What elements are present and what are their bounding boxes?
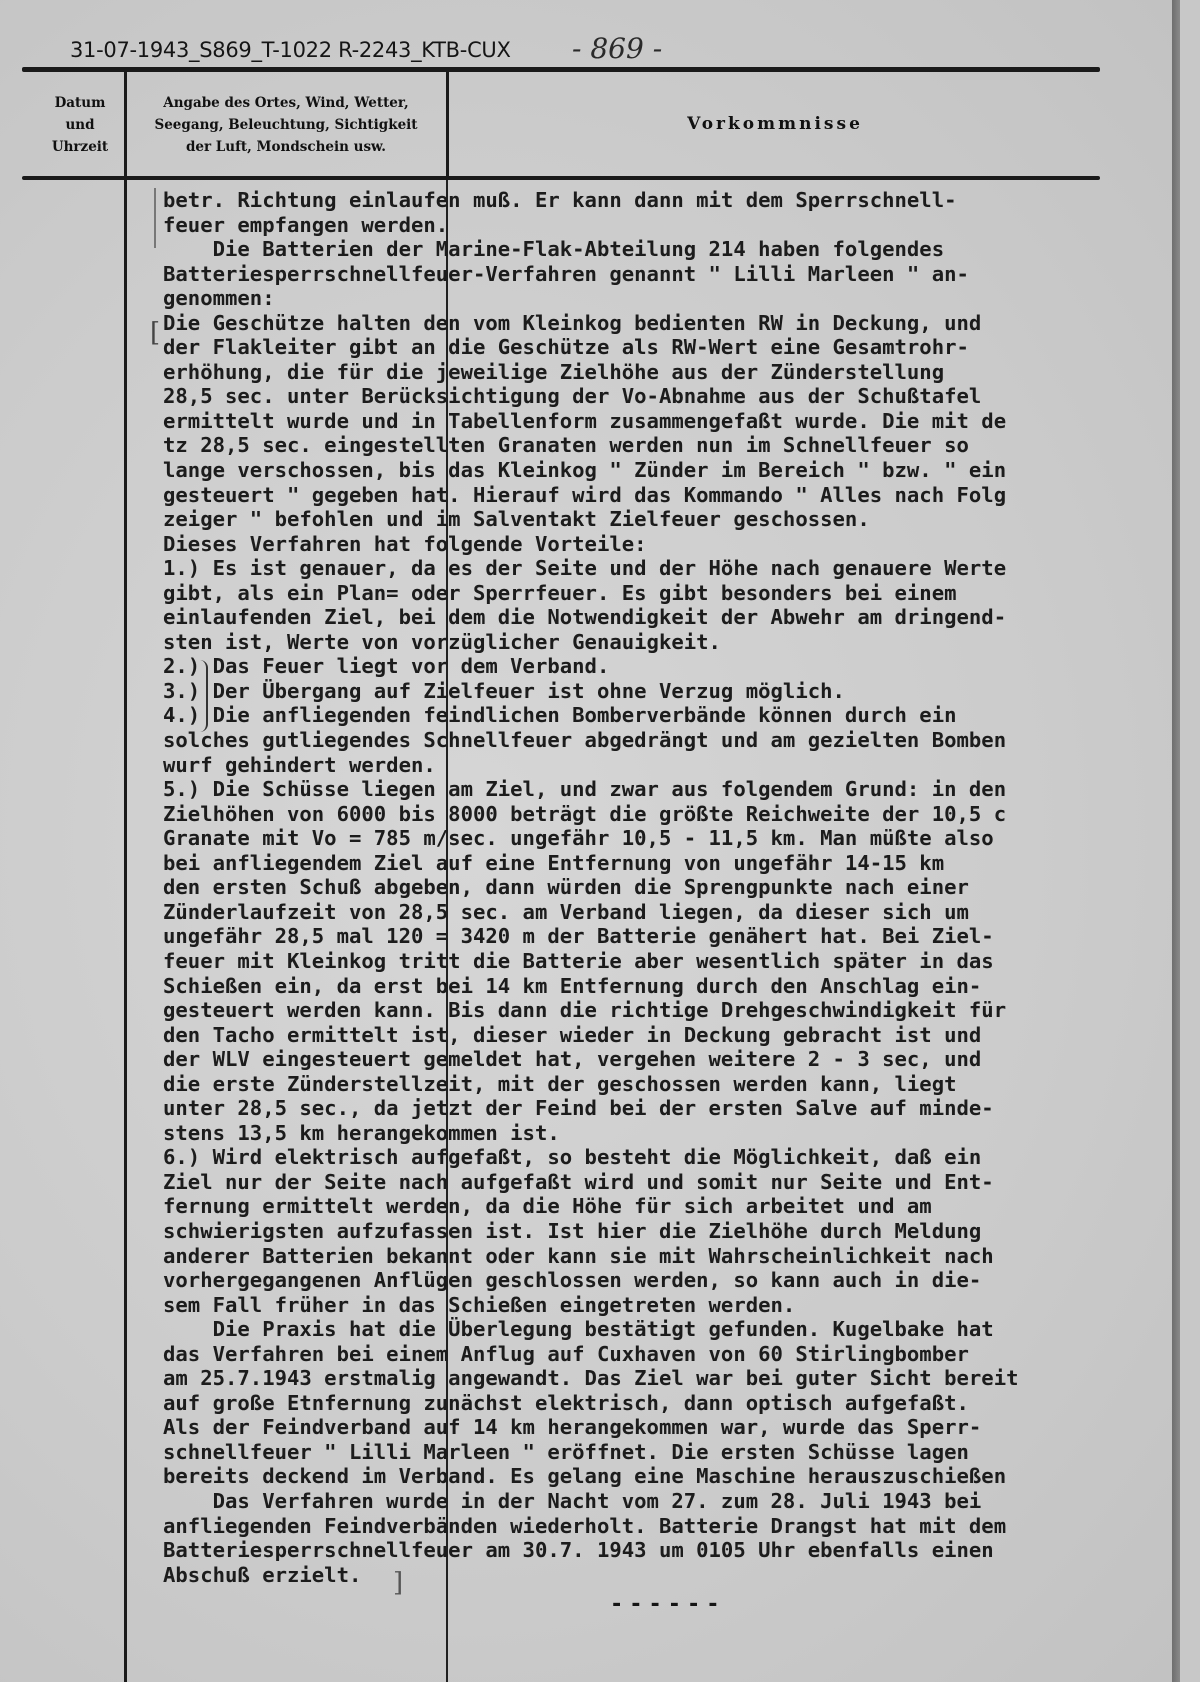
header-line: der Luft, Mondschein usw. (130, 136, 442, 158)
text-line: Die Batterien der Marine-Flak-Abteilung … (163, 237, 1183, 262)
text-line: sem Fall früher in das Schießen eingetre… (163, 1293, 1183, 1318)
text-line: unter 28,5 sec., da jetzt der Feind bei … (163, 1096, 1183, 1121)
header-bottom-rule (22, 176, 1100, 180)
page-edge-shadow (1172, 0, 1180, 1682)
background-beyond-page (1180, 0, 1200, 1682)
text-line: Batteriesperrschnellfeuer-Verfahren gena… (163, 262, 1183, 287)
text-line: der WLV eingesteuert gemeldet hat, verge… (163, 1047, 1183, 1072)
column-header-date-time: Datum und Uhrzeit (38, 92, 122, 158)
text-line: den ersten Schuß abgeben, dann würden di… (163, 875, 1183, 900)
column-divider-place-header (446, 72, 449, 180)
close-bracket-mark: ] (393, 1568, 403, 1598)
text-line: Batteriesperrschnellfeuer am 30.7. 1943 … (163, 1538, 1183, 1563)
text-line: das Verfahren bei einem Anflug auf Cuxha… (163, 1342, 1183, 1367)
text-line: fernung ermittelt werden, da die Höhe fü… (163, 1194, 1183, 1219)
text-line: solches gutliegendes Schnellfeuer abgedr… (163, 728, 1183, 753)
text-line: Schießen ein, da erst bei 14 km Entfernu… (163, 974, 1183, 999)
text-line: auf große Etnfernung zunächst elektrisch… (163, 1391, 1183, 1416)
text-line: am 25.7.1943 erstmalig angewandt. Das Zi… (163, 1366, 1183, 1391)
text-line: genommen: (163, 286, 1183, 311)
header-line: Angabe des Ortes, Wind, Wetter, (130, 92, 442, 114)
text-line: feuer empfangen werden. (163, 213, 1183, 238)
text-line: die erste Zünderstellzeit, mit der gesch… (163, 1072, 1183, 1097)
text-line: ungefähr 28,5 mal 120 = 3420 m der Batte… (163, 924, 1183, 949)
column-divider-date (124, 72, 127, 1682)
column-header-place-weather: Angabe des Ortes, Wind, Wetter, Seegang,… (130, 92, 442, 158)
text-line: betr. Richtung einlaufen muß. Er kann da… (163, 188, 1183, 213)
text-line: Abschuß erzielt. (163, 1563, 1183, 1588)
text-line: Als der Feindverband auf 14 km herangeko… (163, 1415, 1183, 1440)
text-line: gesteuert " gegeben hat. Hierauf wird da… (163, 483, 1183, 508)
text-line: Die Geschütze halten den vom Kleinkog be… (163, 311, 1183, 336)
text-line: feuer mit Kleinkog tritt die Batterie ab… (163, 949, 1183, 974)
text-line: Granate mit Vo = 785 m/sec. ungefähr 10,… (163, 826, 1183, 851)
text-line: 4.) Die anfliegenden feindlichen Bomberv… (163, 703, 1183, 728)
events-body-text: betr. Richtung einlaufen muß. Er kann da… (163, 188, 1183, 1587)
text-line: tz 28,5 sec. eingestellten Granaten werd… (163, 433, 1183, 458)
text-line: der Flakleiter gibt an die Geschütze als… (163, 335, 1183, 360)
text-line: sten ist, Werte von vorzüglicher Genauig… (163, 630, 1183, 655)
text-line: Ziel nur der Seite nach aufgefaßt wird u… (163, 1170, 1183, 1195)
text-line: ermittelt wurde und in Tabellenform zusa… (163, 409, 1183, 434)
text-line: Das Verfahren wurde in der Nacht vom 27.… (163, 1489, 1183, 1514)
document-page: 31-07-1943_S869_T-1022 R-2243_KTB-CUX - … (0, 0, 1176, 1682)
text-line: zeiger " befohlen und im Salventakt Ziel… (163, 507, 1183, 532)
text-line: vorhergegangenen Anflügen geschlossen we… (163, 1268, 1183, 1293)
text-line: schnellfeuer " Lilli Marleen " eröffnet.… (163, 1440, 1183, 1465)
text-line: 5.) Die Schüsse liegen am Ziel, und zwar… (163, 777, 1183, 802)
text-line: gesteuert werden kann. Bis dann die rich… (163, 998, 1183, 1023)
text-line: einlaufenden Ziel, bei dem die Notwendig… (163, 605, 1183, 630)
text-line: wurf gehindert werden. (163, 753, 1183, 778)
closing-dashes: ------ (610, 1592, 725, 1617)
column-header-events: Vorkommnisse (450, 114, 1100, 134)
open-bracket-mark: [ (150, 318, 160, 348)
text-line: anfliegenden Feindverbänden wiederholt. … (163, 1514, 1183, 1539)
header-line: Uhrzeit (38, 136, 122, 158)
header-line: Datum (38, 92, 122, 114)
header-line: Seegang, Beleuchtung, Sichtigkeit (130, 114, 442, 136)
text-line: stens 13,5 km herangekommen ist. (163, 1121, 1183, 1146)
archive-reference: 31-07-1943_S869_T-1022 R-2243_KTB-CUX (70, 38, 511, 62)
text-line: 6.) Wird elektrisch aufgefaßt, so besteh… (163, 1145, 1183, 1170)
text-line: schwierigsten aufzufassen ist. Ist hier … (163, 1219, 1183, 1244)
text-line: Zielhöhen von 6000 bis 8000 beträgt die … (163, 802, 1183, 827)
text-line: Dieses Verfahren hat folgende Vorteile: (163, 532, 1183, 557)
text-line: den Tacho ermittelt ist, dieser wieder i… (163, 1023, 1183, 1048)
text-line: 3.) Der Übergang auf Zielfeuer ist ohne … (163, 679, 1183, 704)
header-line: und (38, 114, 122, 136)
text-line: erhöhung, die für die jeweilige Zielhöhe… (163, 360, 1183, 385)
text-line: 28,5 sec. unter Berücksichtigung der Vo-… (163, 384, 1183, 409)
text-line: gibt, als ein Plan= oder Sperrfeuer. Es … (163, 581, 1183, 606)
margin-mark (154, 188, 156, 248)
text-line: Die Praxis hat die Überlegung bestätigt … (163, 1317, 1183, 1342)
text-line: 2.) Das Feuer liegt vor dem Verband. (163, 654, 1183, 679)
text-line: Zünderlaufzeit von 28,5 sec. am Verband … (163, 900, 1183, 925)
text-line: bereits deckend im Verband. Es gelang ei… (163, 1464, 1183, 1489)
header-top-rule (22, 67, 1100, 72)
text-line: lange verschossen, bis das Kleinkog " Zü… (163, 458, 1183, 483)
text-line: 1.) Es ist genauer, da es der Seite und … (163, 556, 1183, 581)
text-line: anderer Batterien bekannt oder kann sie … (163, 1244, 1183, 1269)
page-number: - 869 - (572, 32, 662, 65)
text-line: bei anfliegendem Ziel auf eine Entfernun… (163, 851, 1183, 876)
